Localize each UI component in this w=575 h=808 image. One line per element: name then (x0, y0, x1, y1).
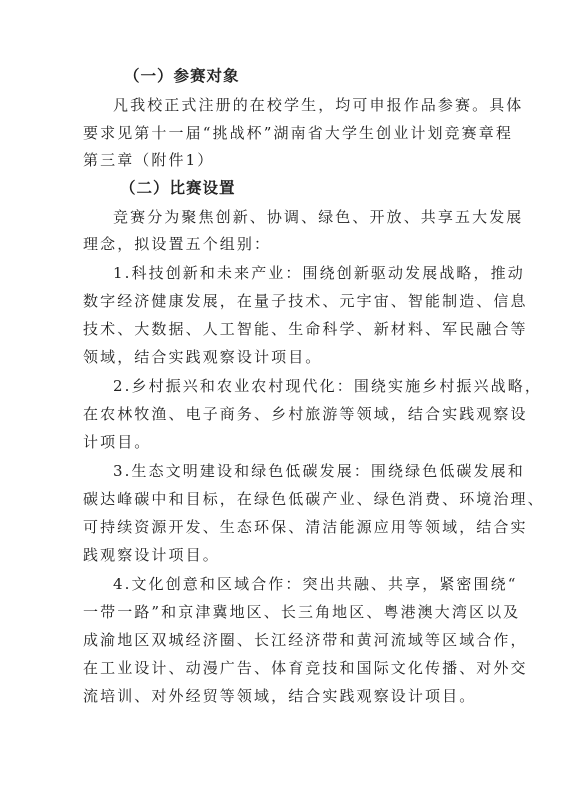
list-item-4-line: 一带一路”和京津冀地区、长三角地区、粤港澳大湾区以及 (83, 602, 503, 622)
list-item-2-line: 在农林牧渔、电子商务、乡村旅游等领域，结合实践观察设 (83, 404, 503, 424)
section-heading-competition-setup: （二）比赛设置 (120, 178, 540, 198)
list-item-1-line: 1.科技创新和未来产业：围绕创新驱动发展战略，推动 (113, 263, 533, 283)
paragraph-line: 理念，拟设置五个组别： (83, 234, 503, 254)
list-item-1-line: 数字经济健康发展，在量子技术、元宇宙、智能制造、信息 (83, 291, 503, 311)
list-item-3-line: 碳达峰碳中和目标，在绿色低碳产业、绿色消费、环境治理、 (83, 489, 503, 509)
list-item-4-line: 在工业设计、动漫广告、体育竞技和国际文化传播、对外交 (83, 658, 503, 678)
list-item-4-line: 4.文化创意和区域合作：突出共融、共享，紧密围绕“ (113, 574, 533, 594)
list-item-2-line: 2.乡村振兴和农业农村现代化：围绕实施乡村振兴战略， (113, 376, 533, 396)
list-item-2-line: 计项目。 (83, 432, 503, 452)
list-item-3-line: 可持续资源开发、生态环保、清洁能源应用等领域，结合实 (83, 517, 503, 537)
list-item-4-line: 成渝地区双城经济圈、长江经济带和黄河流域等区域合作， (83, 630, 503, 650)
list-item-1-line: 技术、大数据、人工智能、生命科学、新材料、军民融合等 (83, 319, 503, 339)
paragraph-line: 要求见第十一届“挑战杯”湖南省大学生创业计划竞赛章程 (83, 123, 503, 143)
list-item-4-line: 流培训、对外经贸等领域，结合实践观察设计项目。 (83, 686, 503, 706)
document-page: （一）参赛对象 凡我校正式注册的在校学生，均可申报作品参赛。具体 要求见第十一届… (0, 0, 575, 808)
section-heading-participants: （一）参赛对象 (124, 66, 544, 86)
paragraph-line: 凡我校正式注册的在校学生，均可申报作品参赛。具体 (113, 95, 533, 115)
list-item-3-line: 践观察设计项目。 (83, 545, 503, 565)
list-item-1-line: 领域，结合实践观察设计项目。 (83, 347, 503, 367)
list-item-3-line: 3.生态文明建设和绿色低碳发展：围绕绿色低碳发展和 (113, 461, 533, 481)
paragraph-line: 第三章（附件1） (83, 150, 503, 170)
paragraph-line: 竞赛分为聚焦创新、协调、绿色、开放、共享五大发展 (113, 207, 533, 227)
